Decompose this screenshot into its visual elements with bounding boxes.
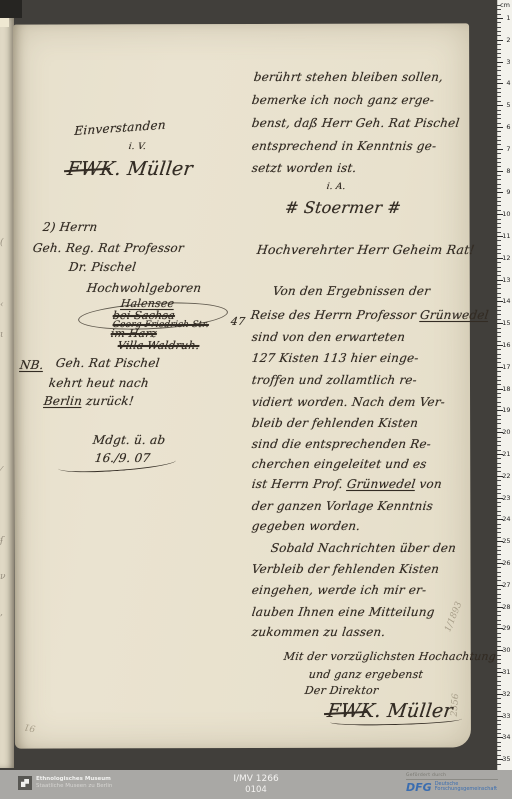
ruler-minor-tick bbox=[497, 70, 501, 71]
ruler-number: 29 bbox=[502, 625, 510, 631]
ruler-number: 24 bbox=[502, 516, 510, 522]
ruler-minor-tick bbox=[497, 485, 501, 486]
ruler-minor-tick bbox=[497, 240, 501, 241]
ruler-minor-tick bbox=[497, 123, 501, 124]
nb-rest: zurück! bbox=[81, 394, 134, 408]
ruler-number: 7 bbox=[506, 146, 510, 152]
ruler-minor-tick bbox=[497, 567, 501, 568]
ruler-minor-tick bbox=[497, 589, 501, 590]
ruler-minor-tick bbox=[497, 511, 501, 512]
ink-bleed-mark: ι bbox=[0, 330, 4, 340]
ruler-minor-tick bbox=[497, 572, 501, 573]
body-line: der ganzen Vorlage Kenntnis bbox=[251, 499, 434, 513]
ruler-minor-tick bbox=[497, 689, 501, 690]
ruler-minor-tick bbox=[497, 633, 501, 634]
dfg-abbr: DFG bbox=[406, 782, 432, 793]
closing-line: Mit der vorzüglichsten Hochachtung bbox=[283, 650, 497, 663]
ruler-minor-tick bbox=[497, 711, 501, 712]
ruler-minor-tick bbox=[497, 184, 501, 185]
ruler-number: 21 bbox=[502, 451, 510, 457]
ruler-minor-tick bbox=[497, 655, 501, 656]
ruler-minor-tick bbox=[497, 5, 501, 6]
ruler-number: 2 bbox=[506, 37, 510, 43]
ruler-minor-tick bbox=[497, 445, 501, 446]
ruler-number: 1 bbox=[506, 15, 510, 21]
body-line: ist Herrn Prof. Grünwedel von bbox=[251, 477, 443, 491]
ruler-number: 23 bbox=[502, 495, 510, 501]
ruler-number: 14 bbox=[502, 298, 510, 304]
ruler-minor-tick bbox=[497, 201, 501, 202]
ruler-minor-tick bbox=[497, 524, 501, 525]
ruler-number: 5 bbox=[506, 102, 510, 108]
ruler-minor-tick bbox=[497, 92, 501, 93]
ruler-minor-tick bbox=[497, 27, 501, 28]
ruler-minor-tick bbox=[497, 96, 501, 97]
carryover-line: setzt worden ist. bbox=[251, 161, 357, 175]
ruler-minor-tick bbox=[497, 188, 501, 189]
ruler-minor-tick bbox=[497, 515, 501, 516]
ruler-minor-tick bbox=[497, 493, 501, 494]
ruler-major-tick bbox=[497, 149, 503, 150]
date-note-line: Mdgt. ü. ab bbox=[92, 433, 166, 447]
ruler-minor-tick bbox=[497, 676, 501, 677]
ink-bleed-mark: ‹ bbox=[0, 300, 4, 310]
ruler-minor-tick bbox=[497, 288, 501, 289]
ruler-major-tick bbox=[497, 62, 503, 63]
ruler-number: 13 bbox=[502, 277, 510, 283]
ruler-minor-tick bbox=[497, 594, 501, 595]
ruler-minor-tick bbox=[497, 79, 501, 80]
ruler-major-tick bbox=[497, 171, 503, 172]
ruler-number: 20 bbox=[502, 429, 510, 435]
scan-viewer: ( ‹ ι ⁄ ʄ ν ‚ Einverstanden i. V. FWK. M… bbox=[0, 0, 512, 799]
ruler-minor-tick bbox=[497, 602, 501, 603]
ruler-minor-tick bbox=[497, 742, 501, 743]
ruler-minor-tick bbox=[497, 319, 501, 320]
ruler-minor-tick bbox=[497, 532, 501, 533]
dfg-logo-block: Gefördert durch DFG Deutsche Forschungsg… bbox=[406, 773, 498, 793]
ruler-minor-tick bbox=[497, 136, 501, 137]
ruler-minor-tick bbox=[497, 376, 501, 377]
ruler-number: 18 bbox=[502, 386, 510, 392]
clerk-signature: # Stoermer # bbox=[284, 198, 402, 217]
ruler-minor-tick bbox=[497, 223, 501, 224]
ruler-minor-tick bbox=[497, 698, 501, 699]
ruler-minor-tick bbox=[497, 267, 501, 268]
ruler-number: 12 bbox=[502, 255, 510, 261]
nb-label: NB. bbox=[19, 358, 44, 372]
ruler-minor-tick bbox=[497, 31, 501, 32]
ruler-minor-tick bbox=[497, 393, 501, 394]
ruler-minor-tick bbox=[497, 101, 501, 102]
ia-abbrev: i. A. bbox=[326, 182, 346, 192]
ruler-minor-tick bbox=[497, 210, 501, 211]
ruler-minor-tick bbox=[497, 162, 501, 163]
ruler-minor-tick bbox=[497, 646, 501, 647]
ruler-minor-tick bbox=[497, 66, 501, 67]
ruler-number: 3 bbox=[506, 59, 510, 65]
ruler-minor-tick bbox=[497, 166, 501, 167]
ruler-minor-tick bbox=[497, 205, 501, 206]
ruler-number: 22 bbox=[502, 473, 510, 479]
ruler-minor-tick bbox=[497, 764, 501, 765]
ruler-minor-tick bbox=[497, 423, 501, 424]
ruler-minor-tick bbox=[497, 53, 501, 54]
body-line: bleib der fehlenden Kisten bbox=[251, 416, 419, 430]
pencil-mark-vertical: 2556 bbox=[450, 693, 462, 717]
ruler-minor-tick bbox=[497, 720, 501, 721]
address-line: Hochwohlgeboren bbox=[86, 281, 202, 295]
ruler-minor-tick bbox=[497, 179, 501, 180]
ruler-minor-tick bbox=[497, 232, 501, 233]
ruler-number: 34 bbox=[502, 734, 510, 740]
address-line: Dr. Pischel bbox=[68, 260, 137, 274]
body-line: 127 Kisten 113 hier einge- bbox=[251, 351, 420, 365]
ruler-minor-tick bbox=[497, 158, 501, 159]
ruler-minor-tick bbox=[497, 354, 501, 355]
ruler-number: 11 bbox=[502, 233, 510, 239]
ink-bleed-mark: ν bbox=[0, 572, 5, 582]
ruler-minor-tick bbox=[497, 419, 501, 420]
footer-bar: Ethnologisches Museum Staatliche Museen … bbox=[0, 770, 512, 799]
ruler-minor-tick bbox=[497, 506, 501, 507]
ruler-minor-tick bbox=[497, 437, 501, 438]
salutation: Hochverehrter Herr Geheim Rat! bbox=[256, 242, 476, 257]
ruler-minor-tick bbox=[497, 615, 501, 616]
ruler-minor-tick bbox=[497, 249, 501, 250]
ruler-minor-tick bbox=[497, 219, 501, 220]
ruler-minor-tick bbox=[497, 397, 501, 398]
ruler-minor-tick bbox=[497, 271, 501, 272]
body-line: Von den Ergebnissen der bbox=[272, 284, 431, 298]
address-struck: Villa Waldruh. bbox=[117, 339, 200, 352]
ruler-minor-tick bbox=[497, 153, 501, 154]
dfg-funded-label: Gefördert durch bbox=[406, 773, 498, 780]
ruler-minor-tick bbox=[497, 620, 501, 621]
ruler-minor-tick bbox=[497, 336, 501, 337]
ruler-major-tick bbox=[497, 127, 503, 128]
ruler-minor-tick bbox=[497, 314, 501, 315]
ruler-minor-tick bbox=[497, 746, 501, 747]
ruler-number: 9 bbox=[506, 189, 510, 195]
ruler-minor-tick bbox=[497, 458, 501, 459]
approval-iv: i. V. bbox=[128, 142, 147, 152]
ruler-number: 25 bbox=[502, 538, 510, 544]
ruler-minor-tick bbox=[497, 341, 501, 342]
pencil-mark-folio: 91 bbox=[23, 721, 36, 733]
ruler-minor-tick bbox=[497, 328, 501, 329]
ruler-minor-tick bbox=[497, 118, 501, 119]
body-line: sind die entsprechenden Re- bbox=[251, 437, 432, 451]
ruler-minor-tick bbox=[497, 310, 501, 311]
ruler-major-tick bbox=[497, 40, 503, 41]
ruler-minor-tick bbox=[497, 467, 501, 468]
ruler-minor-tick bbox=[497, 293, 501, 294]
ruler-minor-tick bbox=[497, 480, 501, 481]
body-line: cherchen eingeleitet und es bbox=[251, 457, 428, 471]
ruler-minor-tick bbox=[497, 415, 501, 416]
ruler-minor-tick bbox=[497, 197, 501, 198]
ruler-minor-tick bbox=[497, 489, 501, 490]
ruler-minor-tick bbox=[497, 471, 501, 472]
ruler-number: 33 bbox=[502, 713, 510, 719]
ruler-minor-tick bbox=[497, 275, 501, 276]
carryover-line: bemerke ich noch ganz erge- bbox=[251, 93, 435, 107]
ruler-minor-tick bbox=[497, 362, 501, 363]
ruler-minor-tick bbox=[497, 707, 501, 708]
ruler-minor-tick bbox=[497, 57, 501, 58]
body-line: vidiert worden. Nach dem Ver- bbox=[251, 395, 446, 409]
address-line: Geh. Reg. Rat Professor bbox=[32, 241, 185, 255]
ruler-minor-tick bbox=[497, 624, 501, 625]
ruler-minor-tick bbox=[497, 227, 501, 228]
ruler-minor-tick bbox=[497, 384, 501, 385]
ruler-minor-tick bbox=[497, 537, 501, 538]
body-line: lauben Ihnen eine Mitteilung bbox=[251, 605, 435, 619]
ruler-minor-tick bbox=[497, 559, 501, 560]
nb-line: Geh. Rat Pischel bbox=[55, 356, 161, 370]
address-line: 2) Herrn bbox=[42, 220, 98, 234]
carryover-line: berührt stehen bleiben sollen, bbox=[253, 70, 444, 84]
ruler-number: 19 bbox=[502, 407, 510, 413]
ruler-minor-tick bbox=[497, 450, 501, 451]
ruler-minor-tick bbox=[497, 358, 501, 359]
ruler-minor-tick bbox=[497, 668, 501, 669]
ruler-major-tick bbox=[497, 105, 503, 106]
ruler-minor-tick bbox=[497, 110, 501, 111]
ruler-number: 30 bbox=[502, 647, 510, 653]
ruler-number: 17 bbox=[502, 364, 510, 370]
ruler-major-tick bbox=[497, 18, 503, 19]
ruler-minor-tick bbox=[497, 349, 501, 350]
body-line: troffen und zollamtlich re- bbox=[251, 373, 418, 387]
adjacent-page-corner bbox=[0, 18, 9, 27]
ruler-minor-tick bbox=[497, 641, 501, 642]
ruler-minor-tick bbox=[497, 297, 501, 298]
ruler-number: 27 bbox=[502, 582, 510, 588]
ruler-minor-tick bbox=[497, 406, 501, 407]
ruler-number: 16 bbox=[502, 342, 510, 348]
ruler-minor-tick bbox=[497, 253, 501, 254]
ruler-minor-tick bbox=[497, 576, 501, 577]
body-line: sind von den erwarteten bbox=[251, 330, 406, 344]
ink-bleed-mark: ( bbox=[0, 238, 4, 248]
body-line: eingehen, werde ich mir er- bbox=[251, 583, 427, 597]
ruler-minor-tick bbox=[497, 580, 501, 581]
ruler-minor-tick bbox=[497, 88, 501, 89]
ink-bleed-mark: ‚ bbox=[0, 608, 3, 618]
ruler-major-tick bbox=[497, 192, 503, 193]
ruler-minor-tick bbox=[497, 528, 501, 529]
ruler-number: 10 bbox=[502, 211, 510, 217]
closing-line: Der Direktor bbox=[304, 684, 379, 697]
ruler-minor-tick bbox=[497, 703, 501, 704]
ruler-unit-label: cm bbox=[500, 1, 510, 9]
ruler-major-tick bbox=[497, 83, 503, 84]
ruler-minor-tick bbox=[497, 284, 501, 285]
ruler-minor-tick bbox=[497, 35, 501, 36]
ruler-minor-tick bbox=[497, 245, 501, 246]
ruler-minor-tick bbox=[497, 755, 501, 756]
underlined-name: Grünwedel bbox=[419, 308, 489, 322]
ruler-minor-tick bbox=[497, 502, 501, 503]
ruler-minor-tick bbox=[497, 750, 501, 751]
ruler-minor-tick bbox=[497, 663, 501, 664]
ruler-number: 15 bbox=[502, 320, 510, 326]
mat-corner-shadow bbox=[0, 0, 22, 18]
ruler-minor-tick bbox=[497, 131, 501, 132]
ruler-minor-tick bbox=[497, 685, 501, 686]
ruler-minor-tick bbox=[497, 681, 501, 682]
ruler-minor-tick bbox=[497, 262, 501, 263]
ruler-minor-tick bbox=[497, 611, 501, 612]
ruler-minor-tick bbox=[497, 175, 501, 176]
ruler-number: 35 bbox=[502, 756, 510, 762]
ruler-minor-tick bbox=[497, 733, 501, 734]
nb-berlin: Berlin bbox=[43, 394, 83, 408]
address-house-number: 47 bbox=[230, 315, 246, 328]
ruler: cm 1234567891011121314151617181920212223… bbox=[497, 0, 512, 770]
ruler-minor-tick bbox=[497, 114, 501, 115]
carryover-line: entsprechend in Kenntnis ge- bbox=[251, 139, 437, 153]
nb-line: kehrt heut nach bbox=[48, 376, 150, 390]
underlined-name: Grünwedel bbox=[346, 477, 416, 491]
carryover-line: benst, daß Herr Geh. Rat Pischel bbox=[251, 116, 460, 130]
ink-bleed-mark: ⁄ bbox=[0, 466, 2, 476]
ruler-number: 8 bbox=[506, 168, 510, 174]
ruler-number: 31 bbox=[502, 669, 510, 675]
ruler-minor-tick bbox=[497, 550, 501, 551]
adjacent-page-edge bbox=[0, 18, 14, 768]
ruler-minor-tick bbox=[497, 14, 501, 15]
ruler-minor-tick bbox=[497, 598, 501, 599]
ruler-minor-tick bbox=[497, 22, 501, 23]
ruler-number: 26 bbox=[502, 560, 510, 566]
ruler-minor-tick bbox=[497, 428, 501, 429]
ruler-minor-tick bbox=[497, 140, 501, 141]
ruler-minor-tick bbox=[497, 306, 501, 307]
ruler-minor-tick bbox=[497, 44, 501, 45]
ruler-minor-tick bbox=[497, 49, 501, 50]
ruler-minor-tick bbox=[497, 554, 501, 555]
ruler-minor-tick bbox=[497, 144, 501, 145]
ruler-minor-tick bbox=[497, 659, 501, 660]
dfg-name-line: Forschungsgemeinschaft bbox=[435, 787, 497, 793]
ruler-minor-tick bbox=[497, 9, 501, 10]
ruler-minor-tick bbox=[497, 402, 501, 403]
ruler-number: 32 bbox=[502, 691, 510, 697]
body-line: gegeben worden. bbox=[251, 519, 361, 533]
body-line: Reise des Herrn Professor Grünwedel bbox=[250, 308, 490, 322]
ruler-minor-tick bbox=[497, 380, 501, 381]
ruler-minor-tick bbox=[497, 441, 501, 442]
ruler-number: 4 bbox=[506, 80, 510, 86]
body-line: zukommen zu lassen. bbox=[251, 625, 386, 639]
ruler-minor-tick bbox=[497, 637, 501, 638]
closing-line: und ganz ergebenst bbox=[308, 668, 424, 681]
ink-bleed-mark: ʄ bbox=[0, 536, 3, 546]
ruler-minor-tick bbox=[497, 463, 501, 464]
nb-line: Berlin zurück! bbox=[43, 394, 135, 408]
ruler-minor-tick bbox=[497, 75, 501, 76]
ruler-minor-tick bbox=[497, 546, 501, 547]
ruler-number: 28 bbox=[502, 604, 510, 610]
ruler-minor-tick bbox=[497, 724, 501, 725]
ruler-minor-tick bbox=[497, 332, 501, 333]
body-line: Sobald Nachrichten über den bbox=[270, 541, 457, 555]
ruler-minor-tick bbox=[497, 729, 501, 730]
body-line: Verbleib der fehlenden Kisten bbox=[251, 562, 440, 576]
ruler-minor-tick bbox=[497, 371, 501, 372]
ruler-number: 6 bbox=[506, 124, 510, 130]
